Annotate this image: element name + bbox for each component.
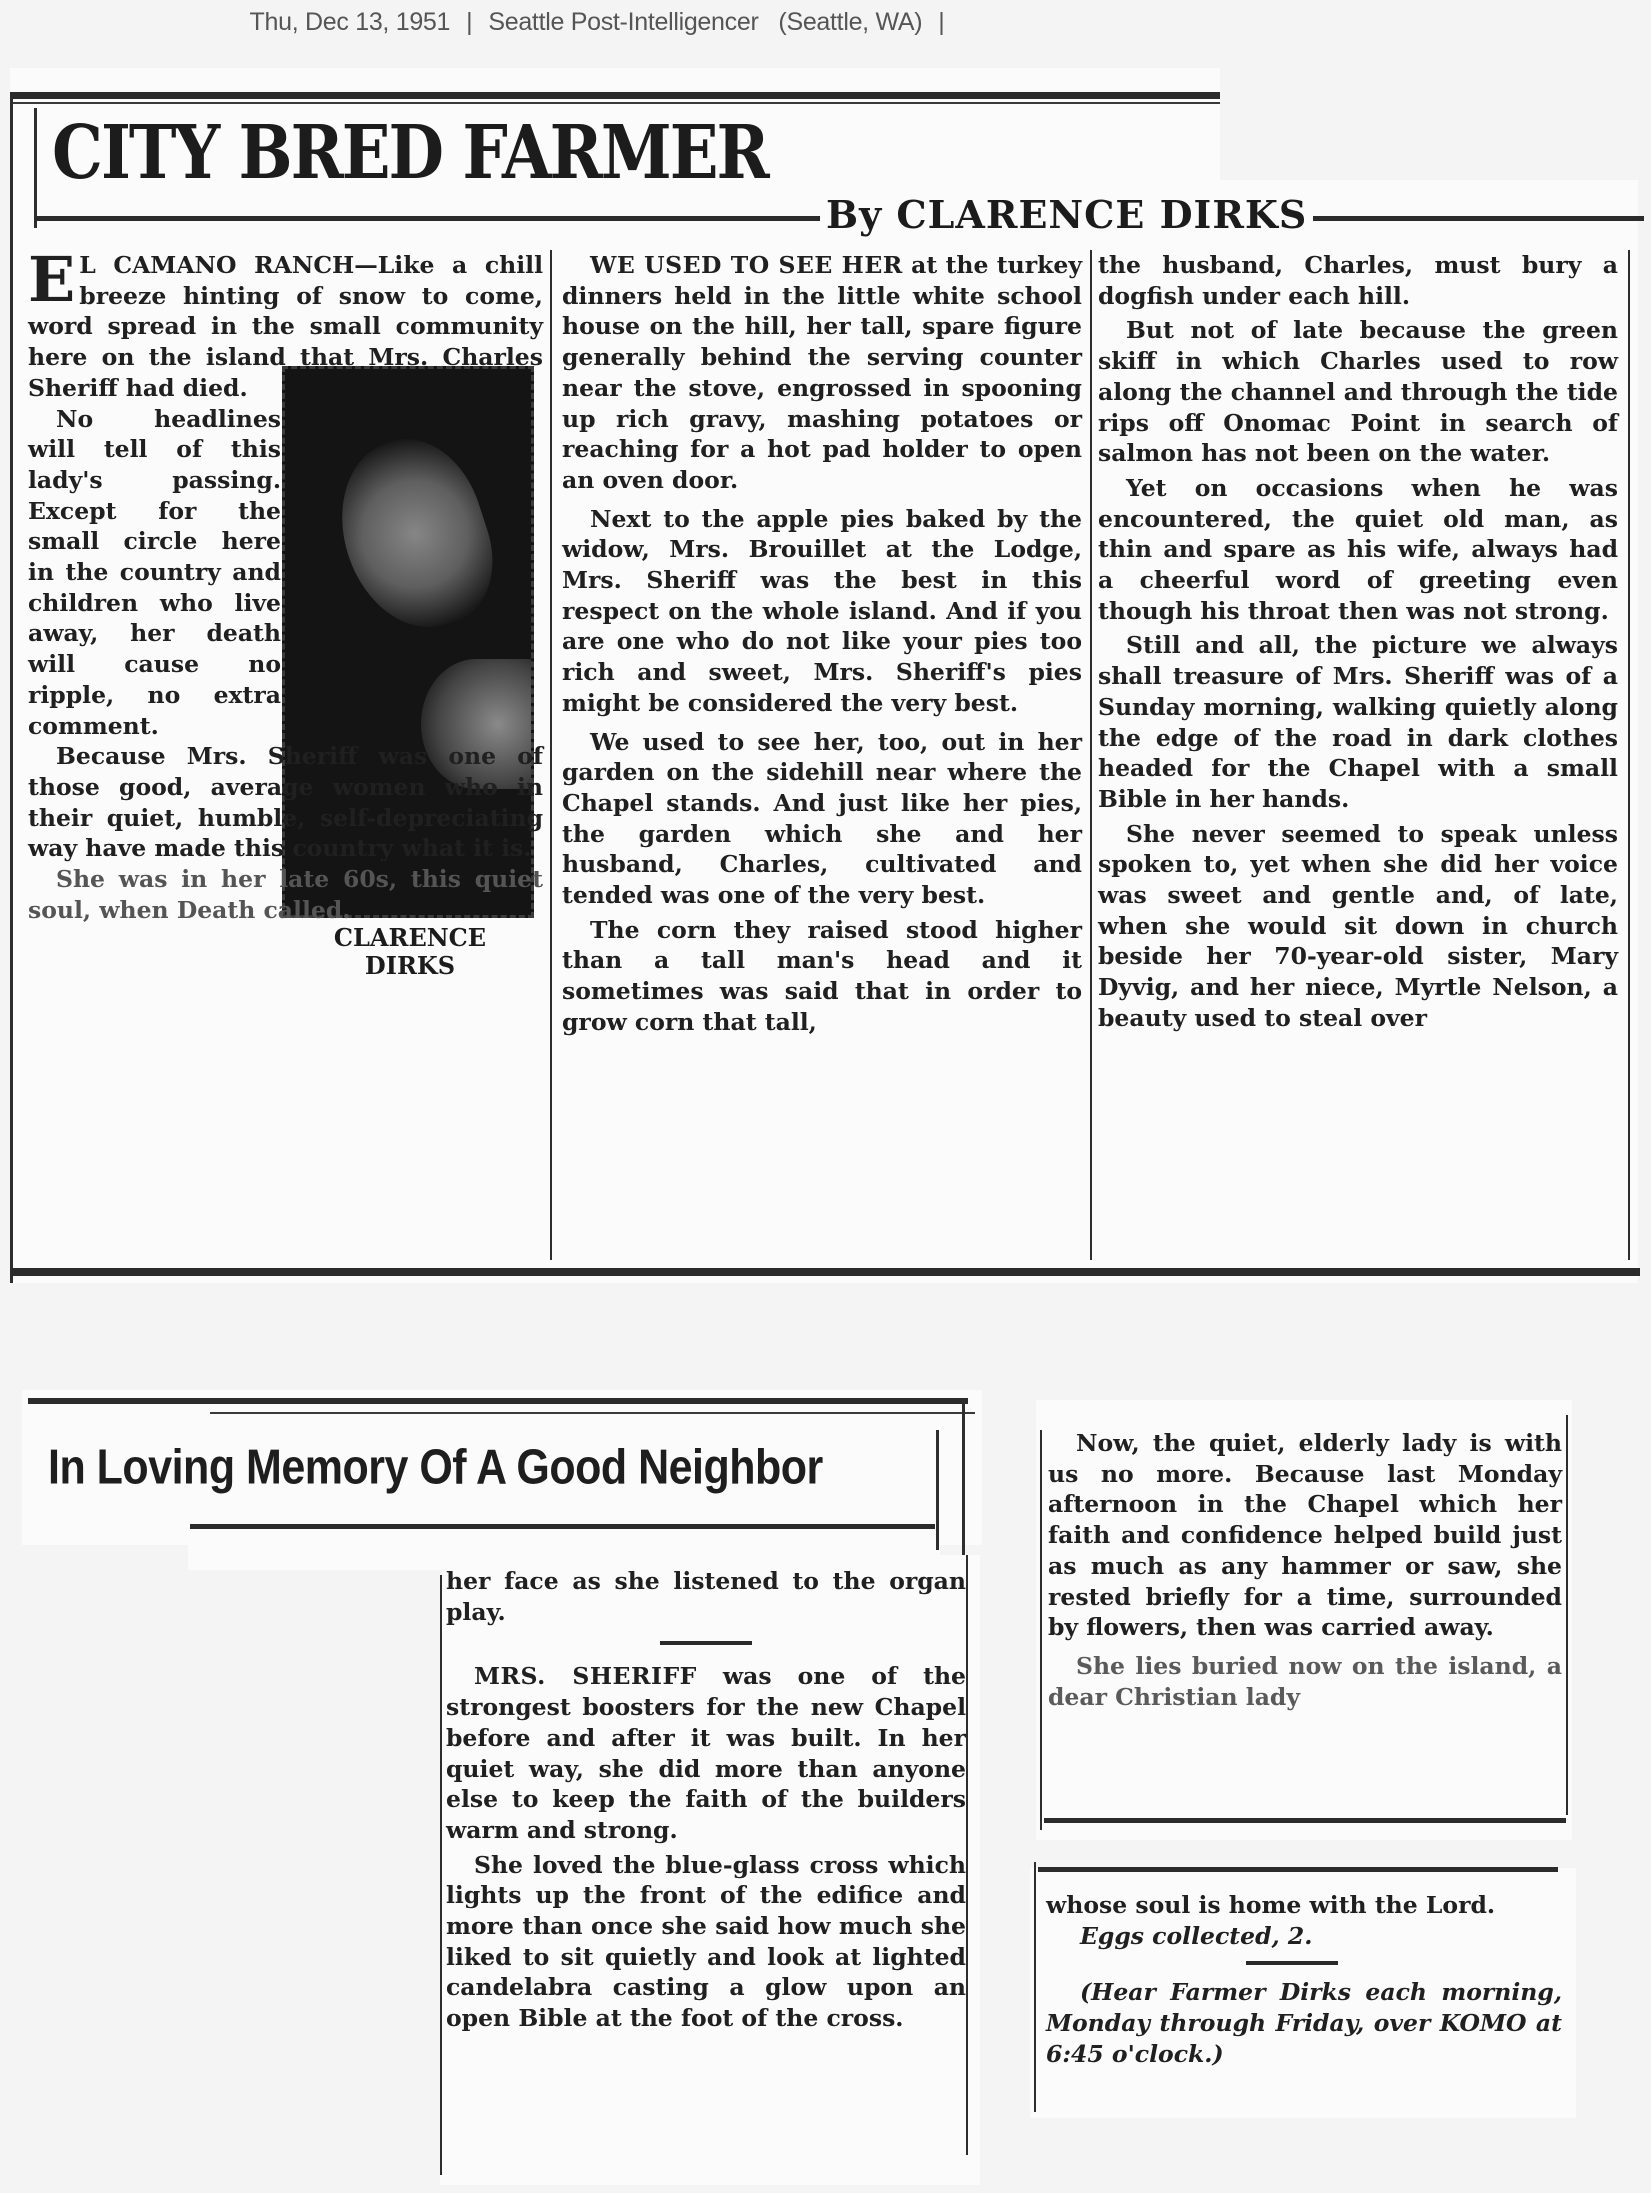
clip-a-left-border <box>440 1575 442 2175</box>
paragraph: her face as she listened to the organ pl… <box>446 1566 966 1627</box>
paragraph: EL CAMANO RANCH—Like a chill breeze hint… <box>28 250 543 404</box>
column-divider <box>1090 250 1092 1260</box>
paragraph: We used to see her, too, out in her gard… <box>562 727 1082 911</box>
paragraph-lead: WE USED TO SEE HER <box>590 251 903 279</box>
paragraph: She lies buried now on the island, a dea… <box>1048 1651 1562 1712</box>
separator: | <box>938 8 944 36</box>
section-divider <box>1246 1961 1338 1965</box>
clip-b-left-border <box>1040 1430 1042 1830</box>
right-border <box>1628 250 1630 1260</box>
photo-caption: CLARENCE DIRKS <box>280 924 540 980</box>
source-location: (Seattle, WA) <box>778 8 922 36</box>
clip-b-right-border <box>1566 1415 1568 1815</box>
memory-title: In Loving Memory Of A Good Neighbor <box>48 1440 823 1496</box>
paragraph: WE USED TO SEE HER at the turkey dinners… <box>562 250 1082 496</box>
bottom-rule <box>10 1268 1640 1276</box>
radio-note: (Hear Farmer Dirks each morning, Monday … <box>1046 1977 1562 2069</box>
paragraph: Because Mrs. Sheriff was one of those go… <box>28 741 543 864</box>
paragraph: She loved the blue-glass cross which lig… <box>446 1850 966 2034</box>
top-rule <box>10 92 1220 99</box>
paragraph: But not of late because the green skiff … <box>1098 315 1618 469</box>
paragraph-lead: MRS. SHERIFF <box>474 1662 697 1690</box>
separator: | <box>466 8 472 36</box>
source-date: Thu, Dec 13, 1951 <box>250 8 451 36</box>
paragraph: Now, the quiet, elderly lady is with us … <box>1048 1428 1562 1643</box>
article-column-3: the husband, Charles, must bury a dogfis… <box>1098 250 1618 1034</box>
paragraph: She never seemed to speak unless spoken … <box>1098 819 1618 1034</box>
clip-c-top-rule <box>1038 1867 1558 1872</box>
clip-c-left-border <box>1034 1862 1036 2112</box>
top-rule-thin <box>10 102 1220 104</box>
clip-a-right-border <box>966 1555 968 2155</box>
caption-line: DIRKS <box>280 952 540 980</box>
memory-top-rule <box>28 1398 968 1404</box>
paragraph: the husband, Charles, must bury a dogfis… <box>1098 250 1618 311</box>
continuation-column-c: whose soul is home with the Lord. Eggs c… <box>1046 1890 1562 2070</box>
paragraph-text: L CAMANO RANCH—Like a chill breeze hinti… <box>28 251 543 402</box>
paragraph-text: at the turkey dinners held in the little… <box>562 251 1082 494</box>
paragraph: The corn they raised stood higher than a… <box>562 915 1082 1038</box>
byline: By CLARENCE DIRKS <box>820 192 1313 237</box>
headline-box-left <box>34 108 37 228</box>
article-column-1: EL CAMANO RANCH—Like a chill breeze hint… <box>28 250 543 925</box>
caption-line: CLARENCE <box>280 924 540 952</box>
continuation-column-a: her face as she listened to the organ pl… <box>446 1566 966 2034</box>
paragraph: No headlines will tell of this lady's pa… <box>28 404 281 742</box>
paragraph: MRS. SHERIFF was one of the strongest bo… <box>446 1661 966 1845</box>
drop-cap: E <box>28 252 75 308</box>
column-title: CITY BRED FARMER <box>52 110 768 196</box>
paragraph: She was in her late 60s, this quiet soul… <box>28 864 543 925</box>
paragraph: whose soul is home with the Lord. <box>1046 1890 1562 1921</box>
source-publication: Seattle Post-Intelligencer <box>488 8 758 36</box>
paragraph: Next to the apple pies baked by the wido… <box>562 504 1082 719</box>
article-column-2: WE USED TO SEE HER at the turkey dinners… <box>562 250 1082 1038</box>
memory-title-rule <box>190 1524 935 1529</box>
paragraph: Still and all, the picture we always sha… <box>1098 630 1618 814</box>
continuation-column-b: Now, the quiet, elderly lady is with us … <box>1048 1428 1562 1712</box>
paragraph: Yet on occasions when he was encountered… <box>1098 473 1618 627</box>
memory-title-border <box>936 1430 939 1550</box>
left-border <box>10 98 13 1283</box>
source-line: Thu, Dec 13, 1951|Seattle Post-Intellige… <box>0 8 1210 37</box>
memory-top-rule-thin <box>210 1412 975 1414</box>
section-divider <box>660 1641 752 1645</box>
eggs-collected: Eggs collected, 2. <box>1046 1921 1562 1952</box>
clip-b-bottom-rule <box>1044 1818 1566 1823</box>
column-divider <box>550 250 552 1260</box>
